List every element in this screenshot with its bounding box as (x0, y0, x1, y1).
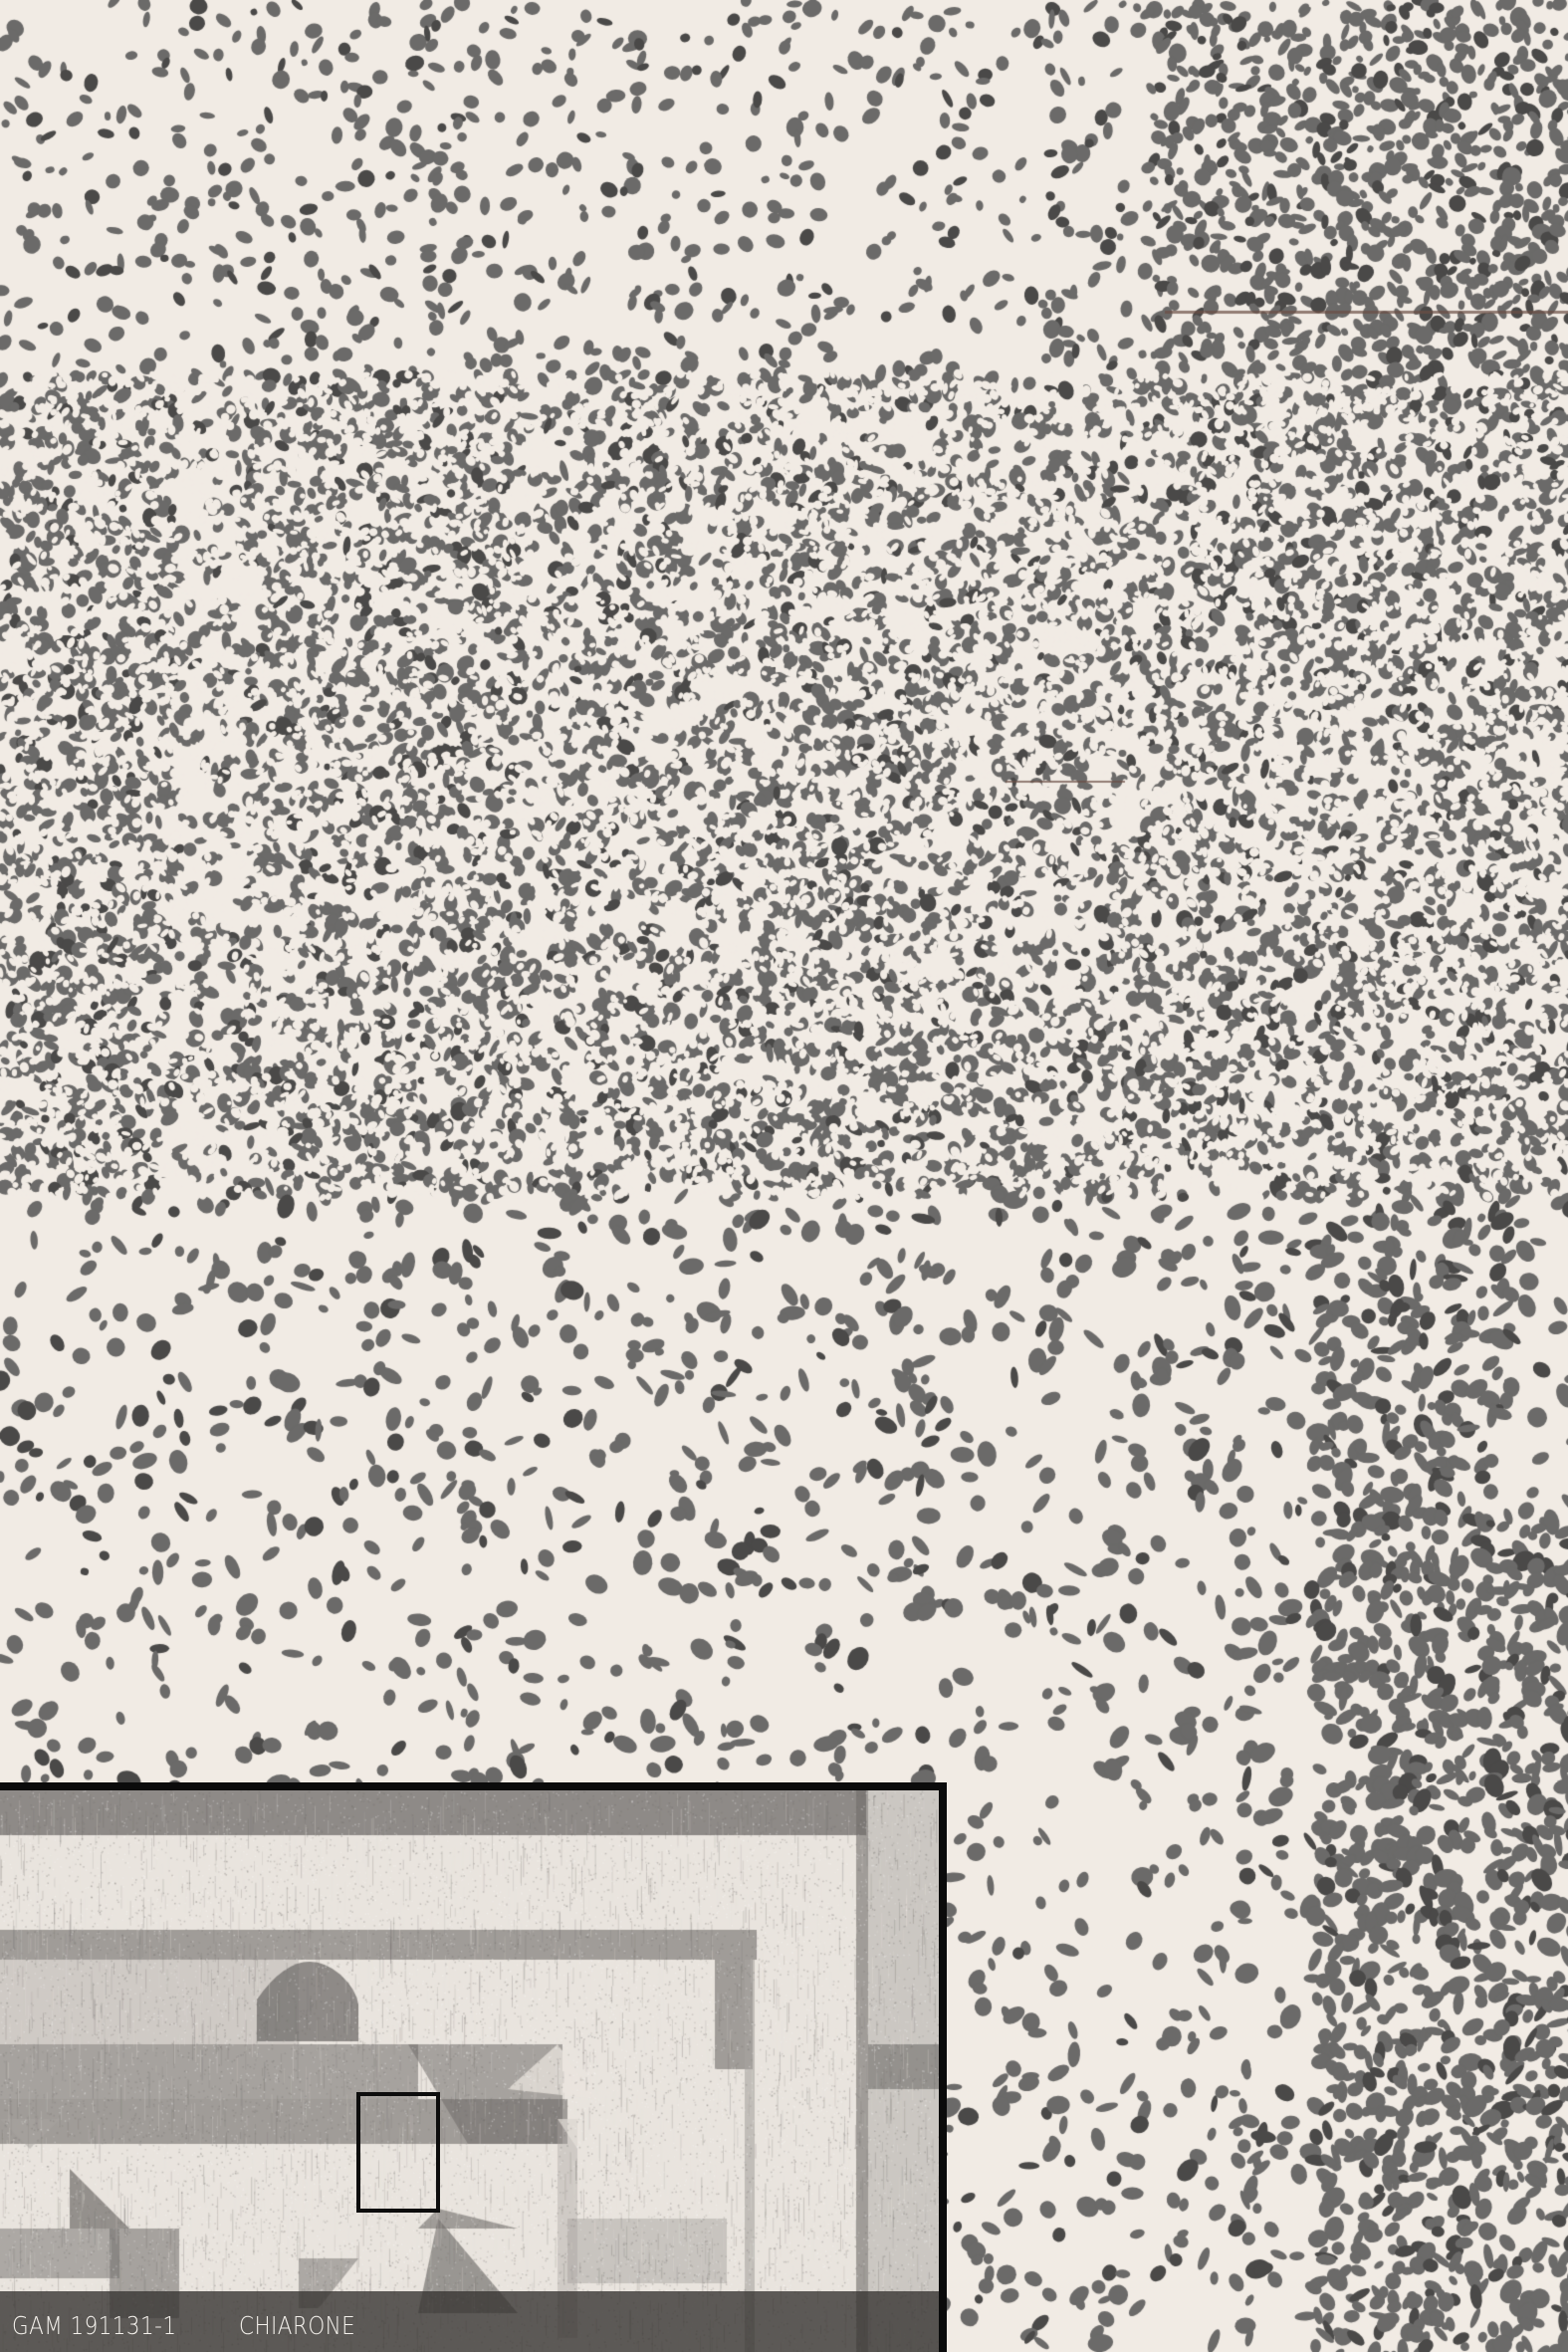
product-name: CHIARONE (239, 2311, 355, 2340)
rug-thumbnail-pattern (0, 1790, 939, 2352)
product-code: GAM 191131-1 (12, 2311, 176, 2340)
zoom-area-marker (356, 2092, 440, 2213)
rug-thumbnail-inset: GAM 191131-1 CHIARONE (0, 1782, 947, 2352)
product-caption-bar: GAM 191131-1 CHIARONE (0, 2291, 939, 2352)
